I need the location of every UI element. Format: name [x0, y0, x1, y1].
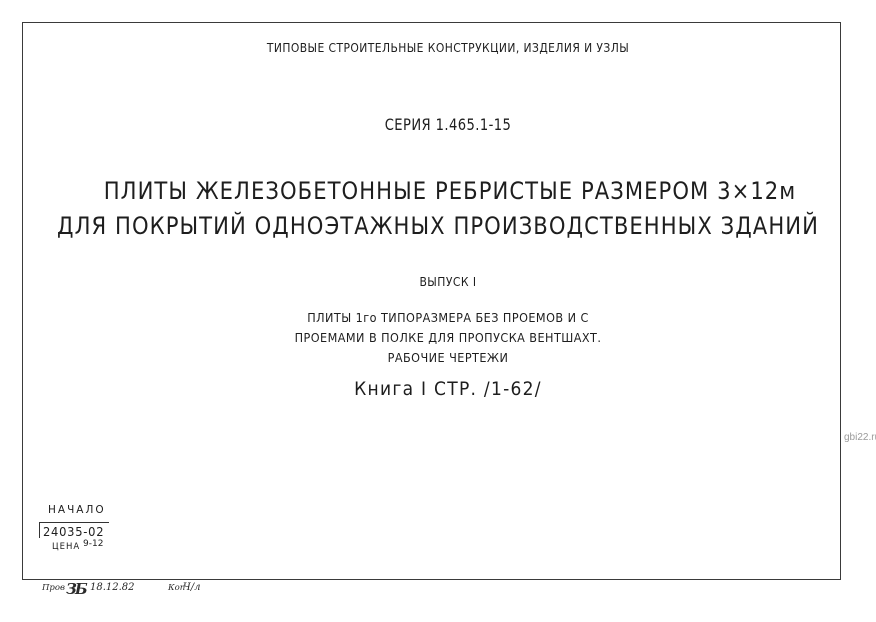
series-number: СЕРИЯ 1.465.1-15 [89, 115, 807, 134]
description-line-3: РАБОЧИЕ ЧЕРТЕЖИ [54, 350, 842, 365]
copy-value: Ч/л [183, 582, 200, 593]
document-title-line-1: ПЛИТЫ ЖЕЛЕЗОБЕТОННЫЕ РЕБРИСТЫЕ РАЗМЕРОМ … [65, 177, 836, 205]
price-value: 9-12 [83, 539, 103, 549]
document-code: 24035-02 [43, 524, 104, 539]
signature-role: Пров [42, 583, 65, 593]
document-header: ТИПОВЫЕ СТРОИТЕЛЬНЫЕ КОНСТРУКЦИИ, ИЗДЕЛИ… [71, 40, 824, 55]
description-line-1: ПЛИТЫ 1го ТИПОРАЗМЕРА БЕЗ ПРОЕМОВ И С [54, 310, 842, 325]
signature-mark: ЗБ [66, 580, 86, 598]
watermark: gbi22.ru [844, 432, 876, 443]
price-label: ЦЕНА [52, 542, 80, 552]
signature-date: 18.12.82 [90, 582, 135, 593]
issue-number: ВЫПУСК I [54, 275, 842, 289]
start-label: НАЧАЛО [48, 504, 106, 516]
book-pages: Книга I СТР. /1-62/ [54, 378, 842, 400]
document-title-line-2: ДЛЯ ПОКРЫТИЙ ОДНОЭТАЖНЫХ ПРОИЗВОДСТВЕННЫ… [53, 212, 824, 240]
description-line-2: ПРОЕМАМИ В ПОЛКЕ ДЛЯ ПРОПУСКА ВЕНТШАХТ. [54, 330, 842, 345]
drawing-frame-border [22, 22, 841, 580]
